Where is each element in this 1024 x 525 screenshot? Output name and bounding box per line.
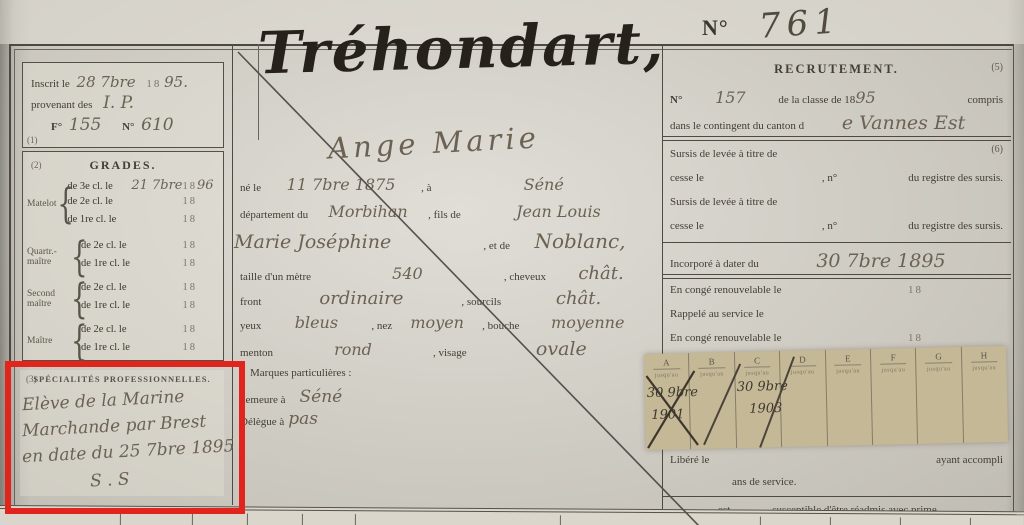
- column-tick: [830, 517, 831, 525]
- provenant-value: I. P.: [103, 93, 134, 113]
- incorporation-date: 30 7bre 1895: [759, 250, 1003, 272]
- column-tick: [247, 514, 248, 525]
- grade-group-second-maitre: Second maître { de 2e cl. le18 de 1re cl…: [27, 282, 219, 318]
- grade-line-label: de 1re cl. le: [81, 300, 145, 311]
- grade-group-matelot: Matelot { de 3e cl. le21 7bre1896 de 2e …: [27, 178, 219, 232]
- inscr-numero-label: N°: [122, 121, 134, 133]
- grade-line-label: de 1re cl. le: [67, 214, 131, 225]
- libere-label: Libéré le: [670, 454, 709, 466]
- incorporation-label: Incorporé à dater du: [670, 258, 759, 270]
- grade-name: Quartr.- maître: [27, 248, 71, 268]
- eyebrows-value: chât.: [501, 288, 656, 309]
- classe-value: 95: [855, 88, 875, 107]
- incorporation-row: Incorporé à dater du 30 7bre 1895: [670, 250, 1003, 272]
- column-tick: [355, 514, 356, 525]
- father-label: , fils de: [428, 209, 461, 221]
- conge-label: En congé renouvelable le: [670, 284, 781, 296]
- footnote-6: (6): [991, 144, 1003, 155]
- sursis-row-1: Sursis de levée à titre de: [670, 148, 1003, 160]
- surname-calligraphy: Tréhondart,: [257, 9, 666, 88]
- sursis-row-2: cesse le , n° du registre des sursis.: [670, 172, 1003, 184]
- rappele-label: Rappelé au service le: [670, 308, 764, 320]
- recrutement-number-row: N° 157 de la classe de 18 95 compris: [670, 88, 1003, 107]
- marks-row: Marques particulières :: [240, 367, 656, 379]
- delegue-value: pas: [288, 409, 318, 429]
- grade-group-quartier-maitre: Quartr.- maître { de 2e cl. le18 de 1re …: [27, 240, 219, 276]
- department-value: Morbihan: [308, 202, 428, 221]
- grade-line-label: de 2e cl. le: [67, 196, 131, 207]
- grade-line-18: 18: [183, 214, 198, 225]
- face-label: , visage: [433, 347, 467, 359]
- column-tick: [120, 513, 121, 525]
- rule: [662, 242, 1011, 243]
- residence-label: demeure à: [240, 394, 286, 406]
- cesse-label: cesse le: [670, 220, 704, 232]
- provenant-label: provenant des: [31, 99, 92, 111]
- grades-title: GRADES.: [23, 158, 223, 173]
- birth-row: né le 11 7bre 1875 , à Séné: [240, 176, 656, 195]
- recr-no-value: 157: [682, 88, 778, 107]
- grades-box: (2) GRADES. Matelot { de 3e cl. le21 7br…: [22, 151, 224, 361]
- born-place: Séné: [431, 175, 656, 194]
- conge-18: 18: [908, 284, 923, 296]
- born-label: né le: [240, 182, 261, 194]
- mouth-value: moyenne: [519, 313, 656, 332]
- chin-label: menton: [240, 347, 273, 359]
- sursis-no-label: , n°: [822, 172, 837, 184]
- height-value: 540: [311, 264, 504, 283]
- grade-line-18: 18: [183, 300, 198, 311]
- register-page: N° 761 Inscrit le 28 7bre 18 95. provena…: [0, 0, 1024, 525]
- cesse-label: cesse le: [670, 172, 704, 184]
- marks-label: Marques particulières :: [240, 367, 351, 379]
- delegue-row: Délègue à pas: [240, 410, 656, 430]
- nose-label: , nez: [371, 320, 392, 332]
- face-value: ovale: [467, 338, 656, 360]
- grade-line-label: de 2e cl. le: [81, 324, 145, 335]
- grade-line-18: 18: [183, 342, 198, 353]
- date-stamp-strip: Ajusqu'au Bjusqu'au Cjusqu'au Djusqu'au …: [644, 346, 1008, 450]
- sursis-row-4: cesse le , n° du registre des sursis.: [670, 220, 1003, 232]
- rule: [662, 136, 1011, 141]
- register-number-value: 761: [757, 1, 842, 47]
- department-row: département du Morbihan , fils de Jean L…: [240, 203, 656, 222]
- column-tick: [970, 518, 971, 525]
- service-row: ans de service.: [670, 476, 1003, 488]
- mouth-label: , bouche: [482, 320, 519, 332]
- conge-row-1: En congé renouvelable le 18: [670, 284, 1003, 296]
- mother-label: , et de: [483, 240, 510, 252]
- height-label: taille d'un mètre: [240, 271, 311, 283]
- column-tick: [302, 514, 303, 525]
- grade-name: Matelot: [27, 200, 57, 210]
- chin-row: menton rond , visage ovale: [240, 339, 656, 361]
- forehead-value: ordinaire: [261, 288, 461, 309]
- department-label: département du: [240, 209, 308, 221]
- grade-line-label: de 2e cl. le: [81, 240, 145, 251]
- inscrit-date: 28 7bre: [77, 73, 136, 91]
- folio-label: F°: [51, 121, 62, 133]
- inscrit-printed-18: 18: [146, 78, 161, 90]
- grade-line-year: 96: [197, 178, 219, 193]
- nose-value: moyen: [392, 313, 482, 332]
- grade-line-18: 18: [183, 324, 198, 335]
- grade-line-label: de 3e cl. le: [67, 181, 131, 192]
- highlight-box: [5, 361, 245, 514]
- grade-line-date: 21 7bre: [131, 178, 182, 193]
- grade-group-maitre: Maître { de 2e cl. le18 de 1re cl. le18: [27, 324, 219, 360]
- grade-line-18: 18: [183, 258, 198, 269]
- brace-glyph: {: [71, 234, 81, 282]
- compris-label: compris: [968, 94, 1003, 106]
- mother-row: Marie Joséphine , et de Noblanc,: [234, 230, 650, 254]
- forehead-row: front ordinaire , sourcils chât.: [240, 289, 656, 310]
- hair-label: , cheveux: [504, 271, 546, 283]
- conge-label: En congé renouvelable le: [670, 332, 781, 344]
- sursis-no-label: , n°: [822, 220, 837, 232]
- rule: [662, 274, 1011, 279]
- conge-row-2: En congé renouvelable le 18: [670, 332, 1003, 344]
- recrutement-title: RECRUTEMENT.: [662, 62, 1011, 77]
- born-at-label: , à: [421, 182, 431, 194]
- grade-line-18: 18: [183, 181, 198, 192]
- eyebrows-label: , sourcils: [461, 296, 501, 308]
- canton-value: e Vannes Est: [804, 112, 1003, 134]
- hair-value: chât.: [546, 263, 656, 284]
- grade-line-label: de 2e cl. le: [81, 282, 145, 293]
- inscription-box: Inscrit le 28 7bre 18 95. provenant des …: [22, 62, 224, 148]
- registre-label: du registre des sursis.: [908, 220, 1003, 232]
- grade-name: Maître: [27, 337, 71, 347]
- father-name: Jean Louis: [461, 202, 656, 221]
- stamp-strike-marks: [644, 346, 1008, 450]
- service-label: ans de service.: [732, 476, 796, 488]
- brace-glyph: {: [71, 318, 81, 366]
- accompli-label: ayant accompli: [936, 454, 1003, 466]
- residence-value: Séné: [300, 387, 343, 407]
- mother-surname: Noblanc,: [510, 229, 650, 253]
- mother-first-names: Marie Joséphine: [234, 231, 424, 253]
- libere-row: Libéré le ayant accompli: [670, 454, 1003, 466]
- grade-line-label: de 1re cl. le: [81, 342, 145, 353]
- column-tick: [192, 513, 193, 525]
- rappele-row: Rappelé au service le: [670, 308, 1003, 320]
- conge-18: 18: [908, 332, 923, 344]
- forehead-label: front: [240, 296, 261, 308]
- eyes-label: yeux: [240, 320, 261, 332]
- grade-name: Second maître: [27, 290, 71, 310]
- register-number-label: N°: [702, 15, 729, 40]
- recr-no-label: N°: [670, 94, 682, 106]
- sursis-label: Sursis de levée à titre de: [670, 196, 777, 208]
- delegue-label: Délègue à: [240, 416, 284, 428]
- eyes-value: bleus: [261, 313, 371, 332]
- residence-row: demeure à Séné: [240, 388, 656, 408]
- brace-glyph: {: [71, 276, 81, 324]
- height-row: taille d'un mètre 540 , cheveux chât.: [240, 264, 656, 285]
- column-tick: [760, 517, 761, 525]
- eyes-row: yeux bleus , nez moyen , bouche moyenne: [240, 314, 656, 333]
- canton-row: dans le contingent du canton d e Vannes …: [670, 112, 1003, 134]
- sursis-row-3: Sursis de levée à titre de: [670, 196, 1003, 208]
- inscr-numero-value: 610: [141, 115, 173, 135]
- classe-label: de la classe de 18: [778, 94, 855, 106]
- sursis-label: Sursis de levée à titre de: [670, 148, 777, 160]
- rule: [662, 496, 1011, 497]
- chin-value: rond: [273, 340, 433, 359]
- column-tick: [900, 517, 901, 525]
- column-tick: [560, 515, 561, 525]
- inscrit-year: 95.: [164, 73, 188, 91]
- registre-label: du registre des sursis.: [908, 172, 1003, 184]
- brace-glyph: {: [57, 181, 67, 229]
- inscrit-label: Inscrit le: [31, 78, 70, 90]
- footnote-5: (5): [991, 62, 1003, 73]
- grade-line-18: 18: [183, 282, 198, 293]
- canton-label: dans le contingent du canton d: [670, 120, 804, 132]
- born-date: 11 7bre 1875: [261, 175, 421, 194]
- footnote-1: (1): [27, 135, 38, 145]
- register-number: N° 761: [702, 4, 842, 44]
- grade-line-18: 18: [183, 240, 198, 251]
- grade-line-18: 18: [183, 196, 198, 207]
- grade-line-label: de 1re cl. le: [81, 258, 145, 269]
- folio-value: 155: [69, 115, 101, 135]
